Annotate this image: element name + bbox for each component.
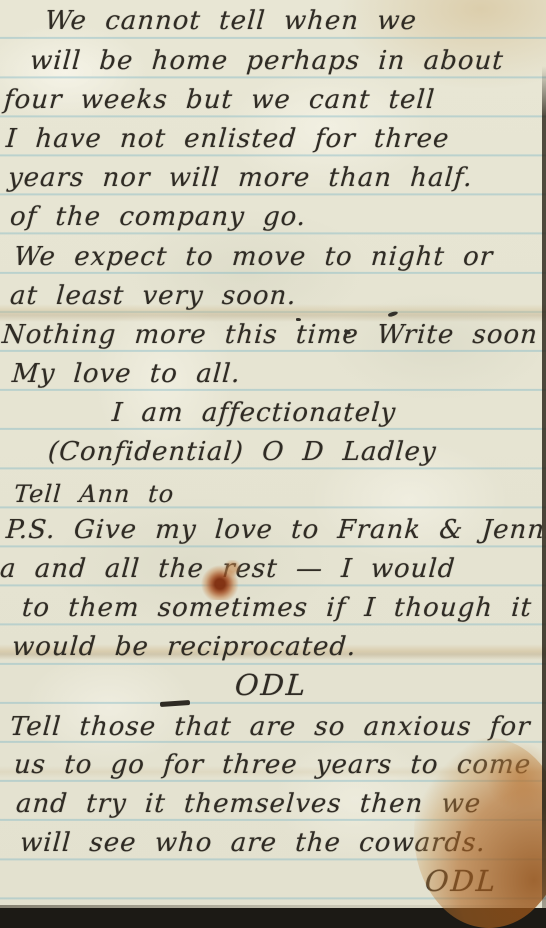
letter-line: Tell Ann to [13, 477, 176, 511]
letter-line: will be home perhaps in about [29, 44, 505, 78]
letter-line: of the company go. [9, 200, 308, 234]
letter-line: would be reciprocated. [11, 630, 358, 664]
letter-line: P.S. Give my love to Frank & Jennie [5, 513, 546, 547]
signature-initials: ODL [234, 668, 309, 702]
letter-line: (Confidential) O D Ladley [47, 435, 438, 469]
letter-line: My love to all. [11, 357, 242, 391]
ink-speck [296, 318, 301, 321]
letter-line: We cannot tell when we [44, 4, 418, 38]
letter-line: four weeks but we cant tell [3, 83, 436, 117]
letter-line: Tell those that are so anxious for [9, 710, 532, 744]
letter-line: and try it themselves then we [15, 787, 483, 821]
letter-line: years nor will more than half. [7, 161, 474, 195]
letter-line: to them sometimes if I though it [21, 591, 533, 625]
letter-line: We expect to move to night or [13, 240, 495, 274]
letter-line: at least very soon. [9, 279, 298, 313]
letter-paper: We cannot tell when we will be home perh… [0, 0, 546, 908]
paper-edge-shadow-right [542, 66, 546, 908]
letter-line: Nothing more this time Write soon [1, 318, 539, 352]
letter-line: I have not enlisted for three [5, 122, 451, 156]
red-ink-blot-stain [196, 560, 248, 600]
letter-line: I am affectionately [111, 396, 398, 430]
